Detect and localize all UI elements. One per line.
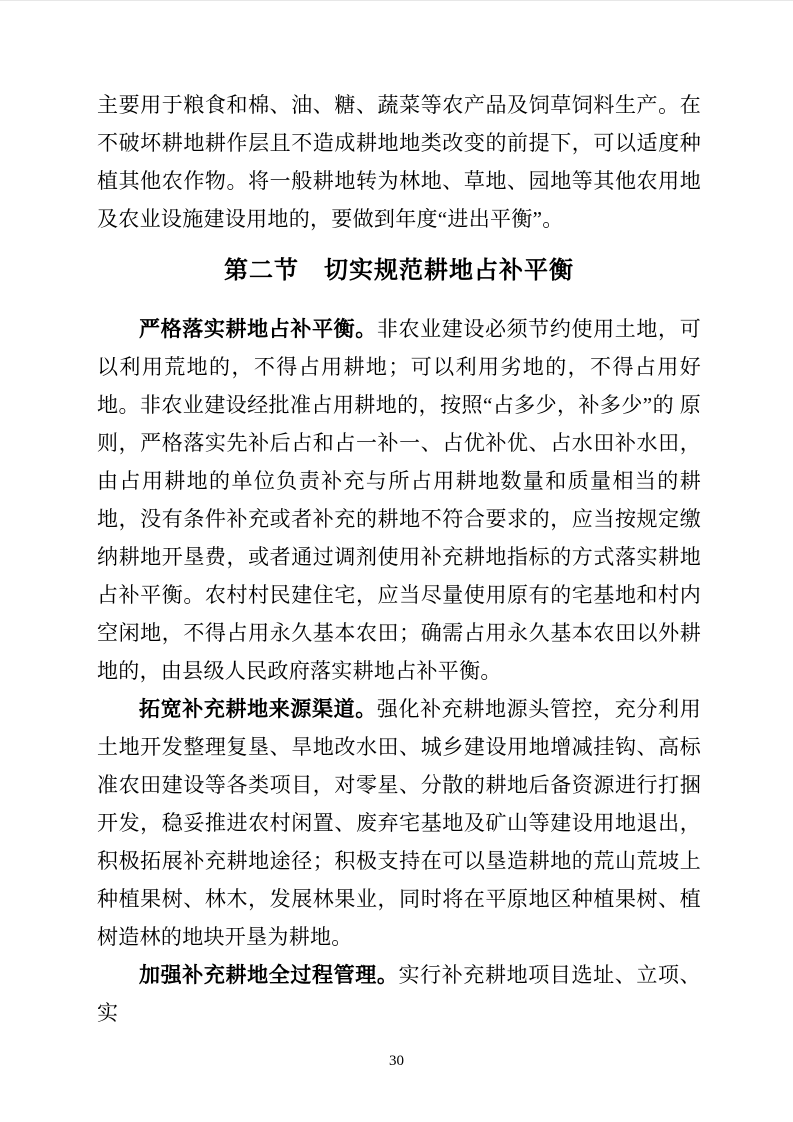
paragraph-lead-in: 严格落实耕地占补平衡。	[139, 317, 377, 341]
page-number: 30	[0, 1052, 793, 1070]
paragraph-lead-in: 拓宽补充耕地来源渠道。	[139, 697, 377, 721]
paragraph-supplement-sources: 拓宽补充耕地来源渠道。强化补充耕地源头管控，充分利用土地开发整理复垦、旱地改水田…	[97, 690, 701, 956]
paragraph-body-text: 非农业建设必须节约使用土地，可以利用荒地的，不得占用耕地；可以利用劣地的，不得占…	[97, 317, 701, 683]
paragraph-occupation-balance: 严格落实耕地占补平衡。非农业建设必须节约使用土地，可以利用荒地的，不得占用耕地；…	[97, 310, 701, 690]
paragraph-lead-in: 加强补充耕地全过程管理。	[139, 963, 399, 987]
document-page: 主要用于粮食和棉、油、糖、蔬菜等农产品及饲草饲料生产。在不破坏耕地耕作层且不造成…	[0, 0, 793, 1122]
intro-paragraph: 主要用于粮食和棉、油、糖、蔬菜等农产品及饲草饲料生产。在不破坏耕地耕作层且不造成…	[97, 86, 701, 238]
page-content: 主要用于粮食和棉、油、糖、蔬菜等农产品及饲草饲料生产。在不破坏耕地耕作层且不造成…	[0, 1, 793, 1032]
paragraph-whole-process-management: 加强补充耕地全过程管理。实行补充耕地项目选址、立项、实	[97, 956, 701, 1032]
paragraph-body-text: 强化补充耕地源头管控，充分利用土地开发整理复垦、旱地改水田、城乡建设用地增减挂钩…	[97, 697, 701, 949]
section-heading: 第二节 切实规范耕地占补平衡	[97, 252, 701, 290]
